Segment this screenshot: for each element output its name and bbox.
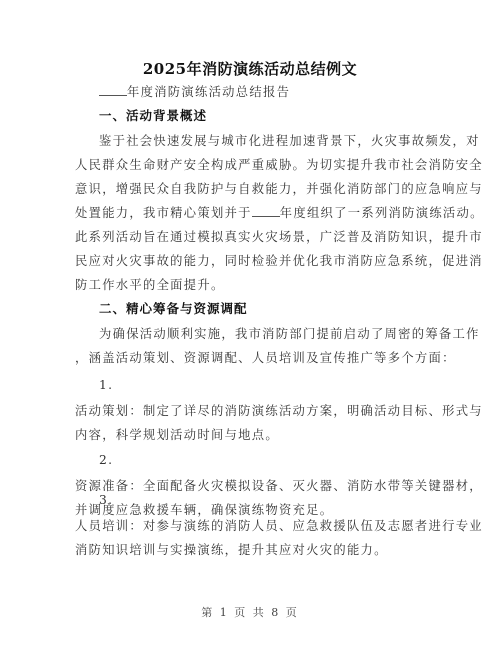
section-heading-1: 一、活动背景概述 bbox=[99, 108, 420, 124]
paragraph-line: 防工作水平的全面提升。 bbox=[75, 277, 420, 293]
document-title: 2025年消防演练活动总结例文 bbox=[0, 58, 500, 79]
list-item-line: 人员培训：对参与演练的消防人员、应急救援队伍及志愿者进行专业 bbox=[75, 518, 420, 534]
section-heading-2: 二、精心筹备与资源调配 bbox=[99, 301, 420, 317]
document-page: 2025年消防演练活动总结例文 年度消防演练活动总结报告 一、活动背景概述 鉴于… bbox=[0, 0, 500, 647]
subtitle: 年度消防演练活动总结报告 bbox=[99, 84, 420, 100]
paragraph-line: 人民群众生命财产安全构成严重威胁。为切实提升我市社会消防安全 bbox=[75, 157, 420, 173]
paragraph-line: 意识，增强民众自我防护与自救能力，并强化消防部门的应急响应与 bbox=[75, 181, 420, 197]
paragraph-line: 为确保活动顺利实施，我市消防部门提前启动了周密的筹备工作 bbox=[99, 326, 420, 342]
blank-field bbox=[99, 84, 127, 96]
list-item-line: 内容，科学规划活动时间与地点。 bbox=[75, 427, 420, 443]
list-number: 2. bbox=[99, 452, 444, 468]
list-item-line: 消防知识培训与实操演练，提升其应对火灾的能力。 bbox=[75, 542, 420, 558]
blank-field bbox=[252, 205, 280, 217]
list-number: 1. bbox=[99, 377, 444, 393]
list-item-line: 活动策划：制定了详尽的消防演练活动方案，明确活动目标、形式与 bbox=[75, 403, 420, 419]
paragraph-line: 鉴于社会快速发展与城市化进程加速背景下，火灾事故频发，对 bbox=[99, 133, 420, 149]
paragraph-line: 处置能力，我市精心策划并于年度组织了一系列消防演练活动。 bbox=[75, 205, 420, 221]
paragraph-line: 民应对火灾事故的能力，同时检验并优化我市消防应急系统，促进消 bbox=[75, 253, 420, 269]
paragraph-line: ，涵盖活动策划、资源调配、人员培训及宣传推广等多个方面： bbox=[75, 350, 420, 366]
list-number: 3. bbox=[99, 492, 444, 508]
paragraph-line: 此系列活动旨在通过模拟真实火灾场景，广泛普及消防知识，提升市 bbox=[75, 229, 420, 245]
page-number-footer: 第 1 页 共 8 页 bbox=[0, 604, 500, 620]
